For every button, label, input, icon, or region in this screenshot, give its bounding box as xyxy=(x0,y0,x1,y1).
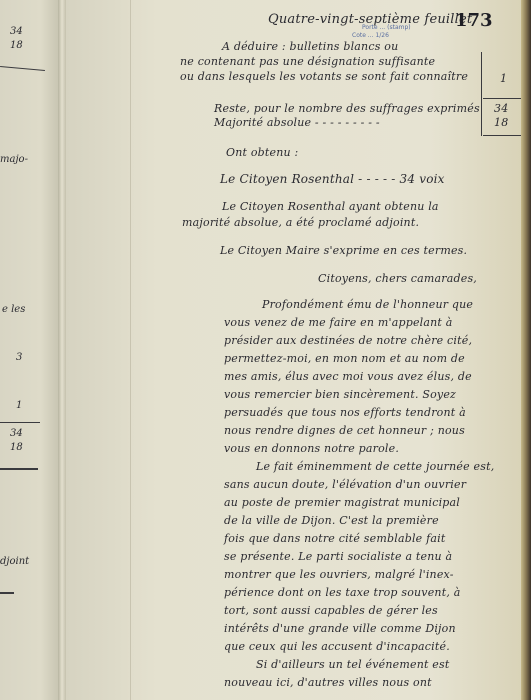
left-fragment-adjoint: djoint xyxy=(0,556,29,567)
remaining-label: Reste, pour le nombre des suffrages expr… xyxy=(214,102,480,115)
deduct-line-3: ou dans lesquels les votants se sont fai… xyxy=(180,70,468,83)
left-tally-bottom-2: 18 xyxy=(10,442,23,453)
body-line-10: mes amis, élus avec moi vous avez élus, … xyxy=(224,370,472,383)
body-line-1: Le Citoyen Rosenthal - - - - - 34 voix xyxy=(220,172,445,186)
body-line-20: se présente. Le parti socialiste a tenu … xyxy=(224,550,452,563)
body-line-0: Ont obtenu : xyxy=(226,146,298,159)
tally-column-line xyxy=(481,52,482,136)
deduct-line-2: ne contenant pas une désignation suffisa… xyxy=(180,55,435,68)
left-num-3: 3 xyxy=(16,352,22,363)
body-line-17: au poste de premier magistrat municipal xyxy=(224,496,460,509)
left-rule xyxy=(0,422,40,423)
remaining-value: 34 xyxy=(494,102,508,115)
body-line-8: présider aux destinées de notre chère ci… xyxy=(224,334,472,347)
left-divider xyxy=(0,66,45,71)
body-line-11: vous remercier bien sincèrement. Soyez xyxy=(224,388,456,401)
body-line-4: Le Citoyen Maire s'exprime en ces termes… xyxy=(220,244,467,257)
left-rule-2 xyxy=(0,468,38,470)
body-line-2: Le Citoyen Rosenthal ayant obtenu la xyxy=(222,200,439,213)
archive-stamp: Porte ... (stamp) xyxy=(362,24,411,31)
left-num-1: 1 xyxy=(16,400,22,411)
tally-rule-2 xyxy=(483,135,521,136)
body-line-26: Si d'ailleurs un tel événement est xyxy=(256,658,449,671)
body-line-3: majorité absolue, a été proclamé adjoint… xyxy=(182,216,419,229)
left-fragment-les: e les xyxy=(2,304,25,315)
body-line-21: montrer que les ouvriers, malgré l'inex- xyxy=(224,568,454,581)
deduct-value: 1 xyxy=(500,72,507,85)
body-line-16: sans aucun doute, l'élévation d'un ouvri… xyxy=(224,478,466,491)
majority-label: Majorité absolue - - - - - - - - - xyxy=(214,116,380,129)
body-line-14: vous en donnons notre parole. xyxy=(224,442,399,455)
body-line-27: nouveau ici, d'autres villes nous ont xyxy=(224,676,432,689)
body-line-23: tort, sont aussi capables de gérer les xyxy=(224,604,438,617)
body-line-9: permettez-moi, en mon nom et au nom de xyxy=(224,352,465,365)
left-tally-top-1: 34 xyxy=(10,26,23,37)
body-line-19: fois que dans notre cité semblable fait xyxy=(224,532,445,545)
body-line-7: vous venez de me faire en m'appelant à xyxy=(224,316,453,329)
left-rule-3 xyxy=(0,592,14,594)
margin-line xyxy=(130,0,131,700)
archive-stamp-sub: Cote ... 1/26 xyxy=(352,32,389,39)
left-tally-top-2: 18 xyxy=(10,40,23,51)
body-line-5: Citoyens, chers camarades, xyxy=(318,272,477,285)
body-line-6: Profondément ému de l'honneur que xyxy=(262,298,473,311)
body-line-13: nous rendre dignes de cet honneur ; nous xyxy=(224,424,465,437)
body-line-22: périence dont on les taxe trop souvent, … xyxy=(224,586,461,599)
body-line-24: intérêts d'une grande ville comme Dijon xyxy=(224,622,456,635)
folio-number: 173 xyxy=(455,10,493,31)
left-tally-bottom-1: 34 xyxy=(10,428,23,439)
body-line-18: de la ville de Dijon. C'est la première xyxy=(224,514,439,527)
body-line-25: que ceux qui les accusent d'incapacité. xyxy=(224,640,450,653)
body-line-12: persuadés que tous nos efforts tendront … xyxy=(224,406,466,419)
left-page: 34 18 majo- e les 3 1 34 18 djoint xyxy=(0,0,58,700)
binding-gutter xyxy=(58,0,66,700)
left-fragment-majo: majo- xyxy=(0,154,28,165)
deduct-line-1: A déduire : bulletins blancs ou xyxy=(222,40,398,53)
body-line-15: Le fait éminemment de cette journée est, xyxy=(256,460,494,473)
majority-value: 18 xyxy=(494,116,508,129)
page-edge xyxy=(521,0,531,700)
tally-rule-1 xyxy=(483,98,521,99)
